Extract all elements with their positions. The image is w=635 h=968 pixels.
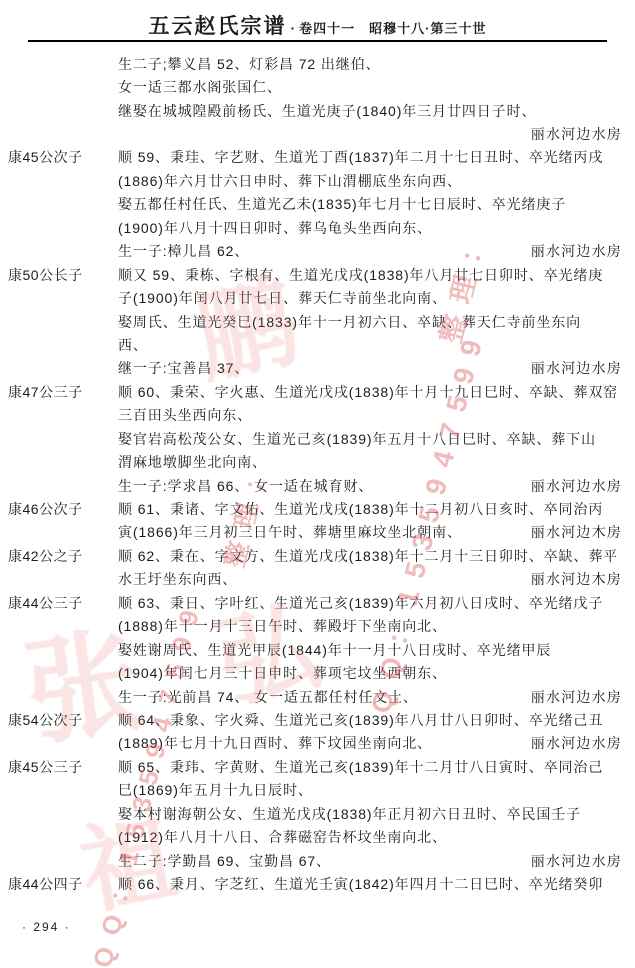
- entry-text: (1886)年六月廿六日申时、葬下山渭棚底坐东向西、: [118, 171, 616, 191]
- genealogy-line: (1888)年十一月十三日午时、葬殿圩下坐南向北、: [0, 615, 635, 638]
- genealogy-line: 娶周氏、生道光癸巳(1833)年十一月初六日、卒缺、葬天仁寺前坐东向: [0, 310, 635, 333]
- entry-text: 生二子:学勤昌 69、宝勤昌 67、: [118, 851, 525, 871]
- generation-label: 康47公三子: [8, 382, 118, 402]
- header-rule: [28, 40, 607, 42]
- genealogy-line: 康54公次子顺 64、秉象、字火舜、生道光己亥(1839)年八月廿八日卯时、卒光…: [0, 708, 635, 731]
- entry-text: 女一适三都水阁张国仁、: [118, 77, 616, 97]
- entry-text: (1912)年八月十八日、合葬磁窑告杯坟坐南向北、: [118, 827, 616, 847]
- entry-text: (1900)年八月十四日卯时、葬乌龟头坐西向东、: [118, 218, 616, 238]
- entry-text: 顺又 59、秉栋、字根有、生道光戊戌(1838)年八月廿七日卯时、卒光绪庚: [118, 265, 616, 285]
- genealogy-line: 康45公三子顺 65、秉玮、字黄财、生道光己亥(1839)年十二月廿八日寅时、卒…: [0, 755, 635, 778]
- entry-text: 娶官岩高松茂公女、生道光己亥(1839)年五月十八日巳时、卒缺、葬下山: [118, 429, 616, 449]
- entry-text: 顺 65、秉玮、字黄财、生道光己亥(1839)年十二月廿八日寅时、卒同治己: [118, 757, 616, 777]
- genealogy-line: (1886)年六月廿六日申时、葬下山渭棚底坐东向西、: [0, 169, 635, 192]
- genealogy-line: 继一子:宝善昌 37、丽水河边水房: [0, 357, 635, 380]
- generation-label: 康42公之子: [8, 546, 118, 566]
- entry-text: 生二子;攀义昌 52、灯彩昌 72 出继伯、: [118, 54, 616, 74]
- entry-text: 水王圩坐东向西、: [118, 569, 525, 589]
- genealogy-scan-page: 五云赵氏宗谱·卷四十一 昭穆十八·第三十世 生二子;攀义昌 52、灯彩昌 72 …: [0, 0, 635, 968]
- genealogy-line: (1900)年八月十四日卯时、葬乌龟头坐西向东、: [0, 216, 635, 239]
- generation-label: 康45公次子: [8, 147, 118, 167]
- genealogy-line: 生一子:光前昌 74、 女一适五都任村任文土、丽水河边水房: [0, 685, 635, 708]
- entry-text: 继一子:宝善昌 37、: [118, 358, 525, 378]
- entry-text: 娶周氏、生道光癸巳(1833)年十一月初六日、卒缺、葬天仁寺前坐东向: [118, 312, 616, 332]
- genealogy-line: 康42公之子顺 62、秉在、字文方、生道光戊戌(1838)年十二月十三日卯时、卒…: [0, 544, 635, 567]
- entry-text: 顺 64、秉象、字火舜、生道光己亥(1839)年八月廿八日卯时、卒光绪己丑: [118, 710, 616, 730]
- entry-text: 西、: [118, 335, 616, 355]
- entry-text: 三百田头坐西向东、: [118, 405, 616, 425]
- generation-label: 康46公次子: [8, 499, 118, 519]
- genealogy-line: 娶五都任村任氏、生道光乙未(1835)年七月十七日辰时、卒光绪庚子: [0, 193, 635, 216]
- genealogy-entries: 生二子;攀义昌 52、灯彩昌 72 出继伯、女一适三都水阁张国仁、继娶在城城隍殿…: [0, 52, 635, 896]
- generation-label: 康45公三子: [8, 757, 118, 777]
- genealogy-line: 康45公次子顺 59、秉珪、字艺财、生道光丁酉(1837)年二月十七日丑时、卒光…: [0, 146, 635, 169]
- branch-hall-name: 丽水河边水房: [525, 124, 622, 144]
- entry-text: (1888)年十一月十三日午时、葬殿圩下坐南向北、: [118, 616, 616, 636]
- branch-hall-name: 丽水河边水房: [525, 358, 622, 378]
- genealogy-line: 生二子;攀义昌 52、灯彩昌 72 出继伯、: [0, 52, 635, 75]
- entry-text: 生一子:学求昌 66、 女一适在城育财、: [118, 476, 525, 496]
- genealogy-line: 水王圩坐东向西、丽水河边木房: [0, 568, 635, 591]
- entry-text: 娶五都任村任氏、生道光乙未(1835)年七月十七日辰时、卒光绪庚子: [118, 194, 616, 214]
- entry-text: 子(1900)年闰八月廿七日、葬天仁寺前坐北向南、: [118, 288, 616, 308]
- genealogy-line: 生二子:学勤昌 69、宝勤昌 67、丽水河边水房: [0, 849, 635, 872]
- branch-hall-name: 丽水河边水房: [525, 851, 622, 871]
- genealogy-line: 继娶在城城隍殿前杨氏、生道光庚子(1840)年三月廿四日子时、: [0, 99, 635, 122]
- title-separator-dot: ·: [290, 20, 295, 36]
- entry-text: 顺 59、秉珪、字艺财、生道光丁酉(1837)年二月十七日丑时、卒光绪丙戌: [118, 147, 616, 167]
- entry-text: 生一子:光前昌 74、 女一适五都任村任文土、: [118, 687, 525, 707]
- genealogy-line: 康44公四子顺 66、秉月、字芝红、生道光壬寅(1842)年四月十二日巳时、卒光…: [0, 872, 635, 895]
- genealogy-line: 康50公长子顺又 59、秉栋、字根有、生道光戊戌(1838)年八月廿七日卯时、卒…: [0, 263, 635, 286]
- entry-text: 顺 60、秉荣、字火惠、生道光戊戌(1838)年十月十九日巳时、卒缺、葬双窑: [118, 382, 616, 402]
- genealogy-line: 康44公三子顺 63、秉日、字叶红、生道光己亥(1839)年六月初八日戌时、卒光…: [0, 591, 635, 614]
- genealogy-line: 娶姓谢周氏、生道光甲辰(1844)年十一月十八日戌时、卒光绪甲辰: [0, 638, 635, 661]
- generation-label: 康54公次子: [8, 710, 118, 730]
- entry-text: 顺 61、秉诸、字文佑、生道光戊戌(1838)年十二月初八日亥时、卒同治丙: [118, 499, 616, 519]
- branch-hall-name: 丽水河边木房: [525, 569, 622, 589]
- page-number: · 294 ·: [22, 920, 71, 934]
- page-header: 五云赵氏宗谱·卷四十一 昭穆十八·第三十世: [0, 10, 635, 40]
- genealogy-line: 丽水河边水房: [0, 122, 635, 145]
- entry-text: (1904)年闰七月三十日申时、葬项宅坟坐西朝东、: [118, 663, 616, 683]
- genealogy-line: (1904)年闰七月三十日申时、葬项宅坟坐西朝东、: [0, 661, 635, 684]
- genealogy-line: (1889)年七月十九日酉时、葬下坟园坐南向北、丽水河边水房: [0, 732, 635, 755]
- genealogy-line: (1912)年八月十八日、合葬磁窑告杯坟坐南向北、: [0, 825, 635, 848]
- genealogy-line: 巳(1869)年五月十九日辰时、: [0, 779, 635, 802]
- genealogy-line: 生一子:学求昌 66、 女一适在城育财、丽水河边水房: [0, 474, 635, 497]
- generation-label: 康44公四子: [8, 874, 118, 894]
- entry-text: 渭麻地墩脚坐北向南、: [118, 452, 616, 472]
- entry-text: 顺 63、秉日、字叶红、生道光己亥(1839)年六月初八日戌时、卒光绪戊子: [118, 593, 616, 613]
- genealogy-line: 子(1900)年闰八月廿七日、葬天仁寺前坐北向南、: [0, 286, 635, 309]
- genealogy-title: 五云赵氏宗谱: [148, 15, 286, 38]
- entry-text: 生一子:樟儿昌 62、: [118, 241, 525, 261]
- genealogy-line: 康46公次子顺 61、秉诸、字文佑、生道光戊戌(1838)年十二月初八日亥时、卒…: [0, 497, 635, 520]
- volume-generation-subtitle: 卷四十一 昭穆十八·第三十世: [299, 21, 486, 36]
- genealogy-line: 康47公三子顺 60、秉荣、字火惠、生道光戊戌(1838)年十月十九日巳时、卒缺…: [0, 380, 635, 403]
- branch-hall-name: 丽水河边水房: [525, 733, 622, 753]
- generation-label: 康50公长子: [8, 265, 118, 285]
- branch-hall-name: 丽水河边水房: [525, 241, 622, 261]
- genealogy-line: 渭麻地墩脚坐北向南、: [0, 450, 635, 473]
- entry-text: (1889)年七月十九日酉时、葬下坟园坐南向北、: [118, 733, 525, 753]
- branch-hall-name: 丽水河边木房: [525, 522, 622, 542]
- genealogy-line: 三百田头坐西向东、: [0, 404, 635, 427]
- genealogy-line: 娶官岩高松茂公女、生道光己亥(1839)年五月十八日巳时、卒缺、葬下山: [0, 427, 635, 450]
- genealogy-line: 生一子:樟儿昌 62、丽水河边水房: [0, 240, 635, 263]
- entry-text: 顺 62、秉在、字文方、生道光戊戌(1838)年十二月十三日卯时、卒缺、葬平: [118, 546, 616, 566]
- entry-text: 寅(1866)年三月初三日午时、葬塘里麻坟坐北朝南、: [118, 522, 525, 542]
- genealogy-line: 寅(1866)年三月初三日午时、葬塘里麻坟坐北朝南、丽水河边木房: [0, 521, 635, 544]
- genealogy-line: 西、: [0, 333, 635, 356]
- entry-text: 顺 66、秉月、字芝红、生道光壬寅(1842)年四月十二日巳时、卒光绪癸卯: [118, 874, 616, 894]
- entry-text: 娶本村谢海朝公女、生道光戊戌(1838)年正月初六日丑时、卒民国壬子: [118, 804, 616, 824]
- genealogy-line: 女一适三都水阁张国仁、: [0, 75, 635, 98]
- branch-hall-name: 丽水河边水房: [525, 476, 622, 496]
- entry-text: 巳(1869)年五月十九日辰时、: [118, 780, 616, 800]
- generation-label: 康44公三子: [8, 593, 118, 613]
- branch-hall-name: 丽水河边水房: [525, 687, 622, 707]
- entry-text: 继娶在城城隍殿前杨氏、生道光庚子(1840)年三月廿四日子时、: [118, 101, 616, 121]
- entry-text: 娶姓谢周氏、生道光甲辰(1844)年十一月十八日戌时、卒光绪甲辰: [118, 640, 616, 660]
- genealogy-line: 娶本村谢海朝公女、生道光戊戌(1838)年正月初六日丑时、卒民国壬子: [0, 802, 635, 825]
